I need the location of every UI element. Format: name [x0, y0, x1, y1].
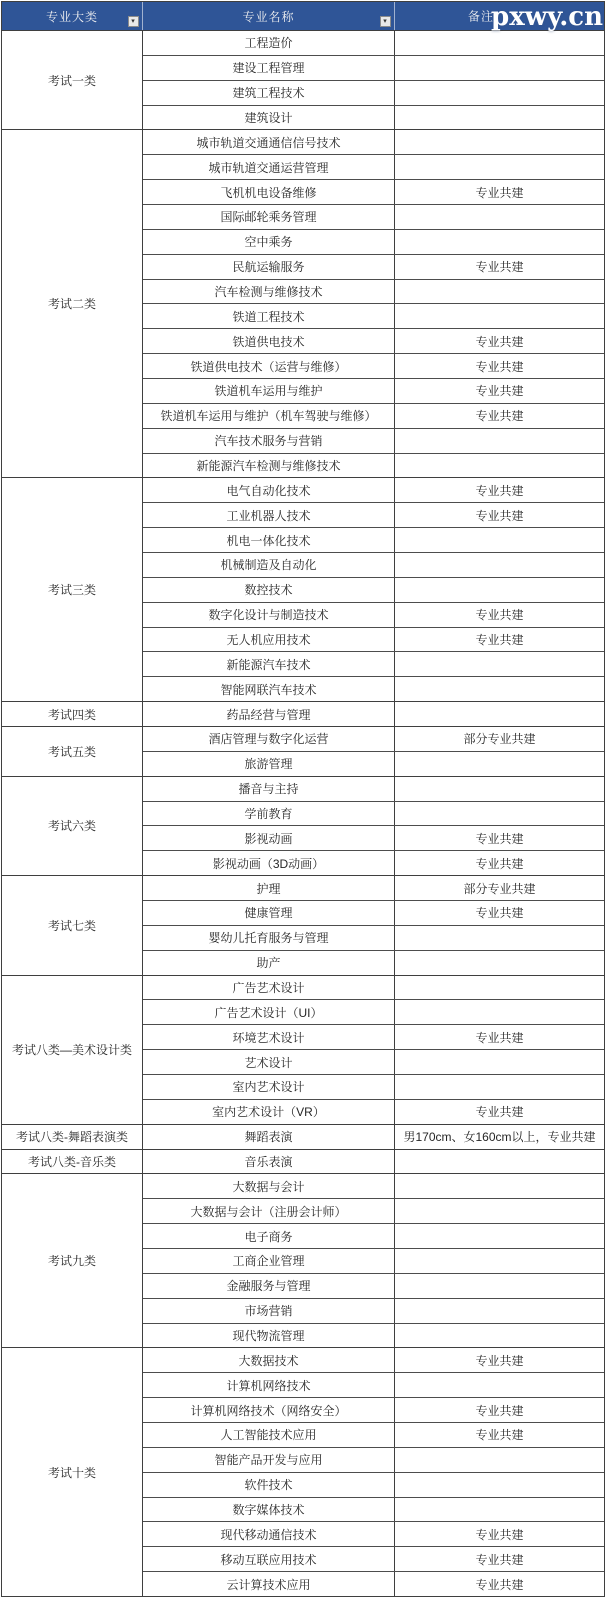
group-rows: 舞蹈表演男170cm、女160cm以上，专业共建 — [143, 1125, 604, 1149]
major-name-cell[interactable]: 智能网联汽车技术 — [143, 677, 395, 701]
remark-cell[interactable] — [395, 1373, 604, 1397]
major-name-cell[interactable]: 电子商务 — [143, 1224, 395, 1248]
major-name-cell[interactable]: 大数据与会计（注册会计师） — [143, 1199, 395, 1223]
major-row: 建筑设计 — [143, 105, 604, 130]
category-group: 考试十类大数据技术专业共建计算机网络技术计算机网络技术（网络安全）专业共建人工智… — [2, 1347, 604, 1596]
major-name-cell[interactable]: 室内艺术设计（VR） — [143, 1100, 395, 1124]
major-name-cell[interactable]: 人工智能技术应用 — [143, 1423, 395, 1447]
group-rows: 城市轨道交通通信信号技术城市轨道交通运营管理飞机机电设备维修专业共建国际邮轮乘务… — [143, 130, 604, 477]
major-row: 计算机网络技术（网络安全）专业共建 — [143, 1397, 604, 1422]
major-row: 铁道供电技术（运营与维修）专业共建 — [143, 353, 604, 378]
major-name-cell[interactable]: 舞蹈表演 — [143, 1125, 395, 1149]
major-name-cell[interactable]: 软件技术 — [143, 1473, 395, 1497]
major-name-cell[interactable]: 酒店管理与数字化运营 — [143, 727, 395, 751]
header-remark-label: 备注 — [468, 8, 494, 25]
major-row: 铁道机车运用与维护（机车驾驶与维修）专业共建 — [143, 403, 604, 428]
major-name-cell[interactable]: 市场营销 — [143, 1299, 395, 1323]
remark-cell[interactable] — [395, 304, 604, 328]
major-name-cell[interactable]: 电气自动化技术 — [143, 478, 395, 502]
major-name-cell[interactable]: 建筑设计 — [143, 106, 395, 130]
remark-cell[interactable] — [395, 280, 604, 304]
major-name-cell[interactable]: 学前教育 — [143, 802, 395, 826]
remark-cell[interactable] — [395, 1174, 604, 1198]
major-name-cell[interactable]: 铁道机车运用与维护（机车驾驶与维修） — [143, 404, 395, 428]
major-row: 影视动画（3D动画）专业共建 — [143, 850, 604, 875]
major-name-cell[interactable]: 药品经营与管理 — [143, 702, 395, 726]
spreadsheet-table: 专业大类 ▾ 专业名称 ▾ 备注 pxwy.cn 考试一类工程造价建设工程管理建… — [1, 1, 605, 1597]
major-row: 大数据与会计 — [143, 1174, 604, 1198]
remark-cell[interactable] — [395, 1150, 604, 1174]
remark-cell[interactable]: 专业共建 — [395, 478, 604, 502]
major-row: 音乐表演 — [143, 1150, 604, 1174]
major-row: 金融服务与管理 — [143, 1273, 604, 1298]
category-group: 考试八类-舞蹈表演类舞蹈表演男170cm、女160cm以上，专业共建 — [2, 1124, 604, 1149]
remark-cell[interactable]: 专业共建 — [395, 826, 604, 850]
category-cell[interactable]: 考试八类—美术设计类 — [2, 976, 143, 1124]
category-cell[interactable]: 考试十类 — [2, 1348, 143, 1596]
major-name-cell[interactable]: 现代移动通信技术 — [143, 1522, 395, 1546]
major-row: 空中乘务 — [143, 229, 604, 254]
remark-cell[interactable] — [395, 1498, 604, 1522]
major-name-cell[interactable]: 数控技术 — [143, 578, 395, 602]
major-name-cell[interactable]: 机械制造及自动化 — [143, 553, 395, 577]
remark-cell[interactable] — [395, 1324, 604, 1348]
major-row: 人工智能技术应用专业共建 — [143, 1422, 604, 1447]
major-row: 现代物流管理 — [143, 1323, 604, 1348]
category-cell[interactable]: 考试四类 — [2, 702, 143, 726]
header-cell-category[interactable]: 专业大类 ▾ — [2, 2, 143, 30]
remark-cell[interactable] — [395, 951, 604, 975]
major-name-cell[interactable]: 环境艺术设计 — [143, 1025, 395, 1049]
major-name-cell[interactable]: 助产 — [143, 951, 395, 975]
major-row: 药品经营与管理 — [143, 702, 604, 726]
remark-cell[interactable] — [395, 56, 604, 80]
remark-cell[interactable] — [395, 752, 604, 776]
remark-cell[interactable] — [395, 1050, 604, 1074]
category-cell[interactable]: 考试六类 — [2, 777, 143, 875]
major-row: 建筑工程技术 — [143, 80, 604, 105]
group-rows: 酒店管理与数字化运营部分专业共建旅游管理 — [143, 727, 604, 776]
major-row: 数字媒体技术 — [143, 1497, 604, 1522]
major-name-cell[interactable]: 新能源汽车检测与维修技术 — [143, 454, 395, 478]
category-group: 考试五类酒店管理与数字化运营部分专业共建旅游管理 — [2, 726, 604, 776]
major-row: 市场营销 — [143, 1298, 604, 1323]
major-row: 现代移动通信技术专业共建 — [143, 1521, 604, 1546]
major-row: 电子商务 — [143, 1223, 604, 1248]
remark-cell[interactable] — [395, 205, 604, 229]
major-name-cell[interactable]: 新能源汽车技术 — [143, 652, 395, 676]
remark-cell[interactable]: 专业共建 — [395, 603, 604, 627]
major-row: 建设工程管理 — [143, 55, 604, 80]
remark-cell[interactable] — [395, 106, 604, 130]
remark-cell[interactable]: 专业共建 — [395, 901, 604, 925]
major-row: 铁道工程技术 — [143, 303, 604, 328]
major-row: 舞蹈表演男170cm、女160cm以上，专业共建 — [143, 1125, 604, 1149]
major-row: 广告艺术设计（UI） — [143, 999, 604, 1024]
major-name-cell[interactable]: 护理 — [143, 876, 395, 900]
major-row: 大数据技术专业共建 — [143, 1348, 604, 1372]
group-rows: 音乐表演 — [143, 1150, 604, 1174]
remark-cell[interactable]: 专业共建 — [395, 1100, 604, 1124]
major-name-cell[interactable]: 数字化设计与制造技术 — [143, 603, 395, 627]
major-name-cell[interactable]: 广告艺术设计（UI） — [143, 1000, 395, 1024]
category-cell[interactable]: 考试五类 — [2, 727, 143, 776]
category-group: 考试三类电气自动化技术专业共建工业机器人技术专业共建机电一体化技术机械制造及自动… — [2, 477, 604, 701]
remark-cell[interactable] — [395, 677, 604, 701]
filter-dropdown-icon[interactable]: ▾ — [380, 16, 391, 27]
major-row: 智能网联汽车技术 — [143, 676, 604, 701]
remark-cell[interactable] — [395, 652, 604, 676]
remark-cell[interactable]: 专业共建 — [395, 379, 604, 403]
major-name-cell[interactable]: 工程造价 — [143, 31, 395, 55]
major-name-cell[interactable]: 机电一体化技术 — [143, 528, 395, 552]
major-row: 民航运输服务专业共建 — [143, 254, 604, 279]
remark-cell[interactable] — [395, 1473, 604, 1497]
major-name-cell[interactable]: 空中乘务 — [143, 230, 395, 254]
major-row: 酒店管理与数字化运营部分专业共建 — [143, 727, 604, 751]
group-rows: 大数据技术专业共建计算机网络技术计算机网络技术（网络安全）专业共建人工智能技术应… — [143, 1348, 604, 1596]
remark-cell[interactable]: 专业共建 — [395, 1025, 604, 1049]
major-row: 艺术设计 — [143, 1049, 604, 1074]
table-body: 考试一类工程造价建设工程管理建筑工程技术建筑设计考试二类城市轨道交通通信信号技术… — [2, 31, 604, 1596]
major-name-cell[interactable]: 智能产品开发与应用 — [143, 1448, 395, 1472]
major-row: 机电一体化技术 — [143, 527, 604, 552]
group-rows: 广告艺术设计广告艺术设计（UI）环境艺术设计专业共建艺术设计室内艺术设计室内艺术… — [143, 976, 604, 1124]
remark-cell[interactable] — [395, 81, 604, 105]
header-row: 专业大类 ▾ 专业名称 ▾ 备注 pxwy.cn — [2, 2, 604, 31]
group-rows: 工程造价建设工程管理建筑工程技术建筑设计 — [143, 31, 604, 129]
remark-cell[interactable]: 男170cm、女160cm以上，专业共建 — [395, 1125, 604, 1149]
remark-cell[interactable]: 专业共建 — [395, 255, 604, 279]
remark-cell[interactable]: 专业共建 — [395, 1423, 604, 1447]
header-major-label: 专业名称 — [242, 8, 294, 25]
remark-cell[interactable] — [395, 1249, 604, 1273]
major-name-cell[interactable]: 播音与主持 — [143, 777, 395, 801]
major-name-cell[interactable]: 婴幼儿托育服务与管理 — [143, 926, 395, 950]
category-group: 考试四类药品经营与管理 — [2, 701, 604, 726]
category-cell[interactable]: 考试一类 — [2, 31, 143, 129]
remark-cell[interactable] — [395, 1000, 604, 1024]
remark-cell[interactable]: 专业共建 — [395, 1547, 604, 1571]
major-name-cell[interactable]: 计算机网络技术 — [143, 1373, 395, 1397]
remark-cell[interactable]: 专业共建 — [395, 329, 604, 353]
major-row: 城市轨道交通运营管理 — [143, 154, 604, 179]
major-name-cell[interactable]: 数字媒体技术 — [143, 1498, 395, 1522]
remark-cell[interactable] — [395, 553, 604, 577]
category-cell[interactable]: 考试二类 — [2, 130, 143, 477]
major-row: 软件技术 — [143, 1472, 604, 1497]
major-name-cell[interactable]: 影视动画（3D动画） — [143, 851, 395, 875]
major-row: 护理部分专业共建 — [143, 876, 604, 900]
major-row: 旅游管理 — [143, 751, 604, 776]
remark-cell[interactable]: 专业共建 — [395, 503, 604, 527]
major-row: 健康管理专业共建 — [143, 900, 604, 925]
group-rows: 药品经营与管理 — [143, 702, 604, 726]
major-row: 数字化设计与制造技术专业共建 — [143, 602, 604, 627]
remark-cell[interactable] — [395, 230, 604, 254]
major-row: 国际邮轮乘务管理 — [143, 204, 604, 229]
major-row: 影视动画专业共建 — [143, 825, 604, 850]
major-name-cell[interactable]: 大数据技术 — [143, 1348, 395, 1372]
major-name-cell[interactable]: 建设工程管理 — [143, 56, 395, 80]
major-row: 室内艺术设计（VR）专业共建 — [143, 1099, 604, 1124]
major-row: 铁道供电技术专业共建 — [143, 328, 604, 353]
remark-cell[interactable]: 专业共建 — [395, 180, 604, 204]
remark-cell[interactable]: 部分专业共建 — [395, 727, 604, 751]
major-row: 室内艺术设计 — [143, 1074, 604, 1099]
category-group: 考试八类—美术设计类广告艺术设计广告艺术设计（UI）环境艺术设计专业共建艺术设计… — [2, 975, 604, 1124]
major-name-cell[interactable]: 工商企业管理 — [143, 1249, 395, 1273]
category-group: 考试九类大数据与会计大数据与会计（注册会计师）电子商务工商企业管理金融服务与管理… — [2, 1173, 604, 1347]
major-name-cell[interactable]: 城市轨道交通通信信号技术 — [143, 130, 395, 154]
header-cell-remark[interactable]: 备注 — [395, 2, 604, 30]
remark-cell[interactable] — [395, 1075, 604, 1099]
remark-cell[interactable]: 专业共建 — [395, 1522, 604, 1546]
category-group: 考试二类城市轨道交通通信信号技术城市轨道交通运营管理飞机机电设备维修专业共建国际… — [2, 129, 604, 477]
major-name-cell[interactable]: 云计算技术应用 — [143, 1572, 395, 1596]
remark-cell[interactable] — [395, 926, 604, 950]
header-category-label: 专业大类 — [46, 8, 98, 25]
major-name-cell[interactable]: 无人机应用技术 — [143, 628, 395, 652]
major-row: 工商企业管理 — [143, 1248, 604, 1273]
remark-cell[interactable] — [395, 454, 604, 478]
major-row: 城市轨道交通通信信号技术 — [143, 130, 604, 154]
remark-cell[interactable]: 专业共建 — [395, 851, 604, 875]
major-row: 移动互联应用技术专业共建 — [143, 1546, 604, 1571]
major-row: 学前教育 — [143, 801, 604, 826]
major-name-cell[interactable]: 室内艺术设计 — [143, 1075, 395, 1099]
major-name-cell[interactable]: 国际邮轮乘务管理 — [143, 205, 395, 229]
major-row: 计算机网络技术 — [143, 1372, 604, 1397]
group-rows: 播音与主持学前教育影视动画专业共建影视动画（3D动画）专业共建 — [143, 777, 604, 875]
remark-cell[interactable]: 专业共建 — [395, 1348, 604, 1372]
major-row: 播音与主持 — [143, 777, 604, 801]
major-name-cell[interactable]: 健康管理 — [143, 901, 395, 925]
major-name-cell[interactable]: 音乐表演 — [143, 1150, 395, 1174]
major-row: 广告艺术设计 — [143, 976, 604, 1000]
category-cell[interactable]: 考试八类-音乐类 — [2, 1150, 143, 1174]
major-row: 汽车技术服务与营销 — [143, 428, 604, 453]
major-name-cell[interactable]: 影视动画 — [143, 826, 395, 850]
major-row: 新能源汽车检测与维修技术 — [143, 453, 604, 478]
major-name-cell[interactable]: 计算机网络技术（网络安全） — [143, 1398, 395, 1422]
major-name-cell[interactable]: 移动互联应用技术 — [143, 1547, 395, 1571]
filter-dropdown-icon[interactable]: ▾ — [128, 16, 139, 27]
major-name-cell[interactable]: 铁道供电技术 — [143, 329, 395, 353]
remark-cell[interactable] — [395, 1224, 604, 1248]
remark-cell[interactable] — [395, 1299, 604, 1323]
category-cell[interactable]: 考试三类 — [2, 478, 143, 701]
remark-cell[interactable] — [395, 130, 604, 154]
major-name-cell[interactable]: 广告艺术设计 — [143, 976, 395, 1000]
major-row: 飞机机电设备维修专业共建 — [143, 179, 604, 204]
category-group: 考试六类播音与主持学前教育影视动画专业共建影视动画（3D动画）专业共建 — [2, 776, 604, 875]
major-name-cell[interactable]: 城市轨道交通运营管理 — [143, 155, 395, 179]
remark-cell[interactable]: 部分专业共建 — [395, 876, 604, 900]
remark-cell[interactable]: 专业共建 — [395, 628, 604, 652]
major-name-cell[interactable]: 铁道机车运用与维护 — [143, 379, 395, 403]
major-row: 机械制造及自动化 — [143, 552, 604, 577]
major-row: 工业机器人技术专业共建 — [143, 502, 604, 527]
major-name-cell[interactable]: 工业机器人技术 — [143, 503, 395, 527]
remark-cell[interactable] — [395, 1274, 604, 1298]
major-name-cell[interactable]: 飞机机电设备维修 — [143, 180, 395, 204]
remark-cell[interactable]: 专业共建 — [395, 1398, 604, 1422]
major-name-cell[interactable]: 艺术设计 — [143, 1050, 395, 1074]
major-row: 铁道机车运用与维护专业共建 — [143, 378, 604, 403]
category-cell[interactable]: 考试七类 — [2, 876, 143, 974]
major-row: 智能产品开发与应用 — [143, 1447, 604, 1472]
major-row: 数控技术 — [143, 577, 604, 602]
major-row: 云计算技术应用专业共建 — [143, 1571, 604, 1596]
group-rows: 电气自动化技术专业共建工业机器人技术专业共建机电一体化技术机械制造及自动化数控技… — [143, 478, 604, 701]
group-rows: 大数据与会计大数据与会计（注册会计师）电子商务工商企业管理金融服务与管理市场营销… — [143, 1174, 604, 1347]
major-name-cell[interactable]: 建筑工程技术 — [143, 81, 395, 105]
remark-cell[interactable] — [395, 777, 604, 801]
remark-cell[interactable]: 专业共建 — [395, 354, 604, 378]
major-name-cell[interactable]: 旅游管理 — [143, 752, 395, 776]
major-row: 电气自动化技术专业共建 — [143, 478, 604, 502]
remark-cell[interactable] — [395, 1448, 604, 1472]
remark-cell[interactable] — [395, 702, 604, 726]
major-row: 环境艺术设计专业共建 — [143, 1024, 604, 1049]
remark-cell[interactable]: 专业共建 — [395, 404, 604, 428]
major-row: 汽车检测与维修技术 — [143, 279, 604, 304]
major-name-cell[interactable]: 铁道工程技术 — [143, 304, 395, 328]
major-row: 无人机应用技术专业共建 — [143, 627, 604, 652]
major-name-cell[interactable]: 大数据与会计 — [143, 1174, 395, 1198]
remark-cell[interactable] — [395, 976, 604, 1000]
major-name-cell[interactable]: 现代物流管理 — [143, 1324, 395, 1348]
major-name-cell[interactable]: 民航运输服务 — [143, 255, 395, 279]
major-row: 大数据与会计（注册会计师） — [143, 1198, 604, 1223]
category-cell[interactable]: 考试九类 — [2, 1174, 143, 1347]
remark-cell[interactable] — [395, 31, 604, 55]
group-rows: 护理部分专业共建健康管理专业共建婴幼儿托育服务与管理助产 — [143, 876, 604, 974]
remark-cell[interactable] — [395, 578, 604, 602]
category-group: 考试八类-音乐类音乐表演 — [2, 1149, 604, 1174]
remark-cell[interactable] — [395, 802, 604, 826]
remark-cell[interactable] — [395, 155, 604, 179]
category-group: 考试七类护理部分专业共建健康管理专业共建婴幼儿托育服务与管理助产 — [2, 875, 604, 974]
major-name-cell[interactable]: 汽车技术服务与营销 — [143, 429, 395, 453]
category-cell[interactable]: 考试八类-舞蹈表演类 — [2, 1125, 143, 1149]
major-name-cell[interactable]: 汽车检测与维修技术 — [143, 280, 395, 304]
major-name-cell[interactable]: 铁道供电技术（运营与维修） — [143, 354, 395, 378]
header-cell-major[interactable]: 专业名称 ▾ — [143, 2, 395, 30]
remark-cell[interactable] — [395, 1199, 604, 1223]
major-row: 新能源汽车技术 — [143, 651, 604, 676]
remark-cell[interactable] — [395, 429, 604, 453]
remark-cell[interactable] — [395, 528, 604, 552]
category-group: 考试一类工程造价建设工程管理建筑工程技术建筑设计 — [2, 31, 604, 129]
major-row: 工程造价 — [143, 31, 604, 55]
major-name-cell[interactable]: 金融服务与管理 — [143, 1274, 395, 1298]
remark-cell[interactable]: 专业共建 — [395, 1572, 604, 1596]
major-row: 婴幼儿托育服务与管理 — [143, 925, 604, 950]
major-row: 助产 — [143, 950, 604, 975]
